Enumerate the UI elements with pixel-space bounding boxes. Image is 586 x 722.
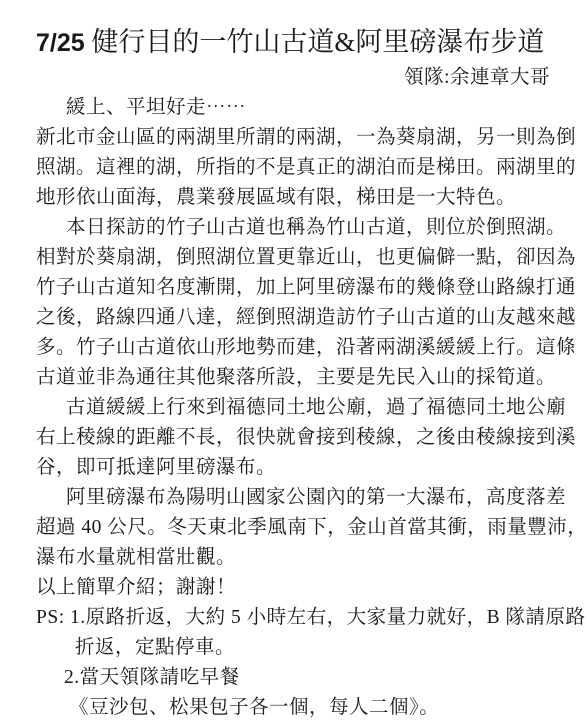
text-line: 2.當天領隊請吃早餐 [36, 663, 550, 693]
text-line: 相對於葵扇湖，倒照湖位置更靠近山，也更偏僻一點，卻因為 [36, 243, 550, 273]
text-line: 領隊:余連章大哥 [36, 63, 550, 93]
text-line: 本日探訪的竹子山古道也稱為竹山古道，則位於倒照湖。 [36, 213, 550, 243]
text-line: 新北市金山區的兩湖里所謂的兩湖，一為葵扇湖，另一則為倒 [36, 123, 550, 153]
text-line: 緩上、平坦好走⋯⋯ [36, 93, 550, 123]
title-date: 7/25 [36, 29, 85, 57]
text-line: 瀑布水量就相當壯觀。 [36, 543, 550, 573]
text-line: 谷，即可抵達阿里磅瀑布。 [36, 453, 550, 483]
text-line: 竹子山古道知名度漸開，加上阿里磅瀑布的幾條登山路線打通 [36, 273, 550, 303]
text-line: 古道緩緩上行來到福德同土地公廟，過了福德同土地公廟 [36, 393, 550, 423]
text-line: 地形依山面海，農業發展區域有限，梯田是一大特色。 [36, 183, 550, 213]
text-line: 照湖。這裡的湖，所指的不是真正的湖泊而是梯田。兩湖里的 [36, 153, 550, 183]
document-body: 領隊:余連章大哥緩上、平坦好走⋯⋯新北市金山區的兩湖里所謂的兩湖，一為葵扇湖，另… [36, 63, 550, 722]
text-line: 折返，定點停車。 [36, 633, 550, 663]
text-line: 右上稜線的距離不長，很快就會接到稜線，之後由稜線接到溪 [36, 423, 550, 453]
text-line: 以上簡單介紹；謝謝！ [36, 573, 550, 603]
text-line: 古道並非為通往其他聚落所設，主要是先民入山的採筍道。 [36, 363, 550, 393]
text-line: 之後，路線四通八達，經倒照湖造訪竹子山古道的山友越來越 [36, 303, 550, 333]
document-page: 7/25 健行目的一竹山古道&阿里磅瀑布步道 領隊:余連章大哥緩上、平坦好走⋯⋯… [0, 0, 586, 722]
text-line: 《豆沙包、松果包子各一個，每人二個》。 [36, 693, 550, 722]
text-line: 超過 40 公尺。冬天東北季風南下，金山首當其衝，雨量豐沛， [36, 513, 550, 543]
page-title: 7/25 健行目的一竹山古道&阿里磅瀑布步道 [36, 20, 550, 63]
text-line: 阿里磅瀑布為陽明山國家公園內的第一大瀑布，高度落差 [36, 483, 550, 513]
text-line: 多。竹子山古道依山形地勢而建，沿著兩湖溪緩緩上行。這條 [36, 333, 550, 363]
title-text: 健行目的一竹山古道&阿里磅瀑布步道 [85, 27, 545, 57]
text-line: PS: 1.原路折返，大約 5 小時左右，大家量力就好，B 隊請原路 [36, 603, 550, 633]
